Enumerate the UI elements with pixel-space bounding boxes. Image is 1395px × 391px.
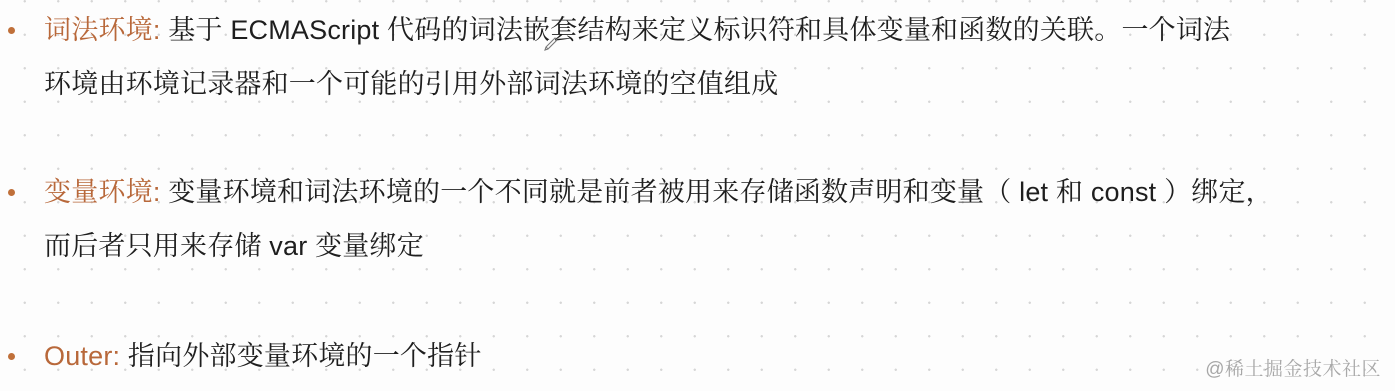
watermark: @稀土掘金技术社区	[1205, 354, 1381, 381]
list-item-line-1: 变量环境: 变量环境和词法环境的一个不同就是前者被用来存储函数声明和变量（ le…	[44, 172, 1273, 212]
term-colon: :	[153, 177, 161, 207]
term-label: 词法环境	[44, 15, 153, 45]
bullet-icon	[8, 189, 15, 196]
pen-cursor-icon	[543, 36, 559, 52]
definition-text: 指向外部变量环境的一个指针	[120, 341, 481, 371]
definition-text: 基于 ECMAScript 代码的词法嵌套结构来定义标识符和具体变量和函数的关联…	[161, 15, 1231, 45]
term-label: 变量环境	[44, 177, 153, 207]
term-colon: :	[153, 15, 161, 45]
list-item-line-1: 词法环境: 基于 ECMAScript 代码的词法嵌套结构来定义标识符和具体变量…	[44, 10, 1230, 50]
list-item-line-2: 而后者只用来存储 var 变量绑定	[44, 226, 424, 266]
term-label: Outer	[44, 341, 113, 371]
bullet-icon	[8, 27, 15, 34]
definition-text: 变量环境和词法环境的一个不同就是前者被用来存储函数声明和变量（ let 和 co…	[161, 177, 1273, 207]
list-item-line-2: 环境由环境记录器和一个可能的引用外部词法环境的空值组成	[44, 64, 778, 104]
slide-page: 词法环境: 基于 ECMAScript 代码的词法嵌套结构来定义标识符和具体变量…	[0, 0, 1395, 391]
list-item-line-1: Outer: 指向外部变量环境的一个指针	[44, 336, 482, 376]
bullet-icon	[8, 353, 15, 360]
